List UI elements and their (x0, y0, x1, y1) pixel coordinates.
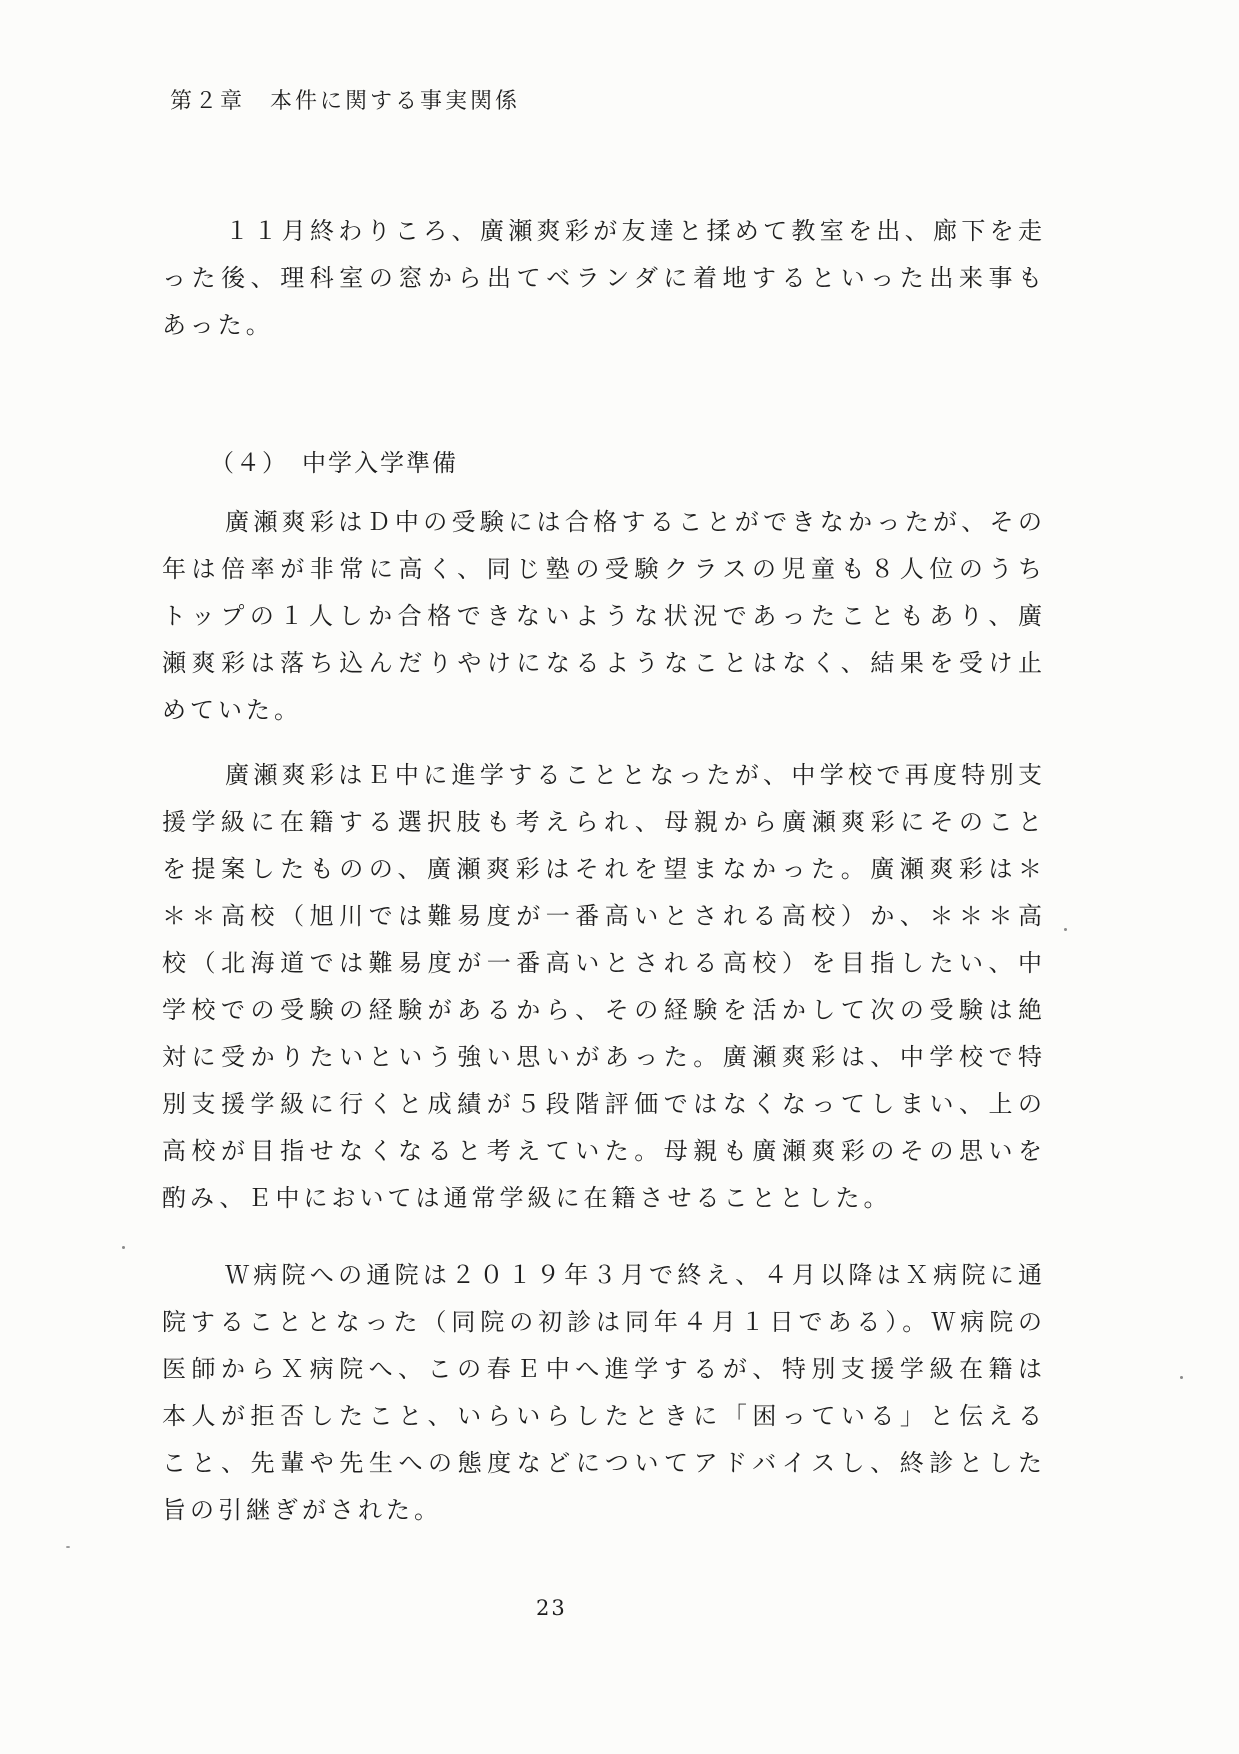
text-line: 酌み、Ｅ中においては通常学級に在籍させることとした。 (162, 1175, 1046, 1222)
section-heading: （４）中学入学準備 (210, 443, 458, 478)
scan-artifact (1180, 1376, 1183, 1379)
text-line: Ｗ病院への通院は２０１９年３月で終え、４月以降はＸ病院に通 (162, 1252, 1046, 1299)
scan-artifact (1064, 928, 1067, 931)
text-line: った後、理科室の窓から出てベランダに着地するといった出来事も (162, 255, 1046, 302)
text-line: 旨の引継ぎがされた。 (162, 1487, 1046, 1534)
chapter-header: 第２章 本件に関する事実関係 (170, 84, 520, 115)
page-number: 23 (536, 1596, 567, 1620)
text-line: 院することとなった（同院の初診は同年４月１日である）。Ｗ病院の (162, 1299, 1046, 1346)
text-line: めていた。 (162, 687, 1046, 734)
scanned-document-page: 第２章 本件に関する事実関係 １１月終わりころ、廣瀬爽彩が友達と揉めて教室を出、… (0, 0, 1239, 1754)
scan-artifact (66, 1546, 70, 1548)
scan-artifact (122, 1246, 125, 1249)
section-heading-title: 中学入学準備 (302, 449, 458, 477)
scan-artifact (574, 1330, 577, 1332)
text-line: 廣瀬爽彩はＥ中に進学することとなったが、中学校で再度特別支 (162, 752, 1046, 799)
text-line: を提案したものの、廣瀬爽彩はそれを望まなかった。廣瀬爽彩は＊ (162, 846, 1046, 893)
paragraph-junior-high-choice: 廣瀬爽彩はＥ中に進学することとなったが、中学校で再度特別支援学級に在籍する選択肢… (162, 752, 1046, 1222)
paragraph-exam-result: 廣瀬爽彩はＤ中の受験には合格することができなかったが、その年は倍率が非常に高く、… (162, 499, 1046, 734)
text-line: １１月終わりころ、廣瀬爽彩が友達と揉めて教室を出、廊下を走 (162, 208, 1046, 255)
text-line: 校（北海道では難易度が一番高いとされる高校）を目指したい、中 (162, 940, 1046, 987)
text-line: トップの１人しか合格できないような状況であったこともあり、廣 (162, 593, 1046, 640)
text-line: 別支援学級に行くと成績が５段階評価ではなくなってしまい、上の (162, 1081, 1046, 1128)
text-line: ＊＊高校（旭川では難易度が一番高いとされる高校）か、＊＊＊高 (162, 893, 1046, 940)
text-line: 学校での受験の経験があるから、その経験を活かして次の受験は絶 (162, 987, 1046, 1034)
text-line: 廣瀬爽彩はＤ中の受験には合格することができなかったが、その (162, 499, 1046, 546)
text-line: 瀬爽彩は落ち込んだりやけになるようなことはなく、結果を受け止 (162, 640, 1046, 687)
paragraph-hospital-handover: Ｗ病院への通院は２０１９年３月で終え、４月以降はＸ病院に通院することとなった（同… (162, 1252, 1046, 1534)
text-line: 本人が拒否したこと、いらいらしたときに「困っている」と伝える (162, 1393, 1046, 1440)
text-line: こと、先輩や先生への態度などについてアドバイスし、終診とした (162, 1440, 1046, 1487)
text-line: あった。 (162, 302, 1046, 349)
text-line: 援学級に在籍する選択肢も考えられ、母親から廣瀬爽彩にそのこと (162, 799, 1046, 846)
text-line: 高校が目指せなくなると考えていた。母親も廣瀬爽彩のその思いを (162, 1128, 1046, 1175)
paragraph-incident: １１月終わりころ、廣瀬爽彩が友達と揉めて教室を出、廊下を走った後、理科室の窓から… (162, 208, 1046, 349)
section-heading-number: （４） (210, 449, 288, 477)
text-line: 医師からＸ病院へ、この春Ｅ中へ進学するが、特別支援学級在籍は (162, 1346, 1046, 1393)
text-line: 対に受かりたいという強い思いがあった。廣瀬爽彩は、中学校で特 (162, 1034, 1046, 1081)
text-line: 年は倍率が非常に高く、同じ塾の受験クラスの児童も８人位のうち (162, 546, 1046, 593)
